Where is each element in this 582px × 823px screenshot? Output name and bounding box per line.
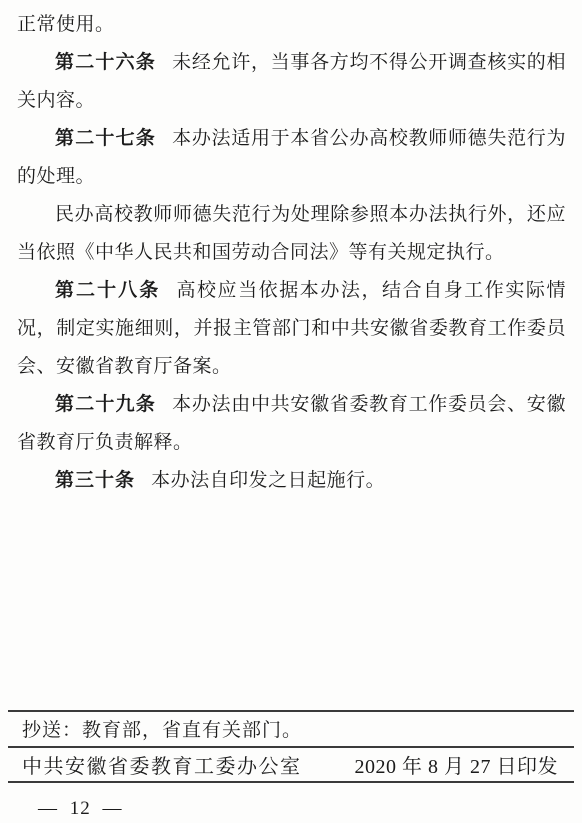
issuer-row: 中共安徽省委教育工委办公室 2020 年 8 月 27 日印发 xyxy=(22,753,558,781)
article-number: 第二十七条 xyxy=(55,128,156,149)
footer-rule-top xyxy=(8,710,574,712)
print-date: 2020 年 8 月 27 日印发 xyxy=(355,753,559,781)
body-paragraph-article-29: 第二十九条本办法由中共安徽省委教育工作委员会、安徽省教育厅负责解释。 xyxy=(17,386,566,462)
document-page: 正常使用。 第二十六条未经允许，当事各方均不得公开调查核实的相关内容。 第二十七… xyxy=(0,0,582,823)
body-paragraph-article-30: 第三十条本办法自印发之日起施行。 xyxy=(17,462,566,500)
cc-line: 抄送：教育部，省直有关部门。 xyxy=(22,717,562,745)
article-number: 第三十条 xyxy=(55,470,135,491)
article-number: 第二十八条 xyxy=(55,280,160,301)
page-number: — 12 — xyxy=(38,797,123,821)
body-paragraph-continuation: 正常使用。 xyxy=(17,6,566,44)
paragraph-text: 正常使用。 xyxy=(17,14,115,35)
footer-rule-middle xyxy=(8,746,574,748)
body-paragraph-article-26: 第二十六条未经允许，当事各方均不得公开调查核实的相关内容。 xyxy=(17,44,566,120)
body-paragraph-article-28: 第二十八条高校应当依据本办法，结合自身工作实际情况，制定实施细则，并报主管部门和… xyxy=(17,272,566,386)
article-number: 第二十九条 xyxy=(55,394,156,415)
footer-rule-bottom xyxy=(8,781,574,783)
document-body: 正常使用。 第二十六条未经允许，当事各方均不得公开调查核实的相关内容。 第二十七… xyxy=(17,6,566,500)
body-paragraph-private-colleges: 民办高校教师师德失范行为处理除参照本办法执行外，还应当依照《中华人民共和国劳动合… xyxy=(17,196,566,272)
paragraph-text: 民办高校教师师德失范行为处理除参照本办法执行外，还应当依照《中华人民共和国劳动合… xyxy=(17,204,566,263)
body-paragraph-article-27: 第二十七条本办法适用于本省公办高校教师师德失范行为的处理。 xyxy=(17,120,566,196)
article-number: 第二十六条 xyxy=(55,52,156,73)
paragraph-text: 本办法自印发之日起施行。 xyxy=(151,470,385,491)
issuer-name: 中共安徽省委教育工委办公室 xyxy=(22,753,302,781)
